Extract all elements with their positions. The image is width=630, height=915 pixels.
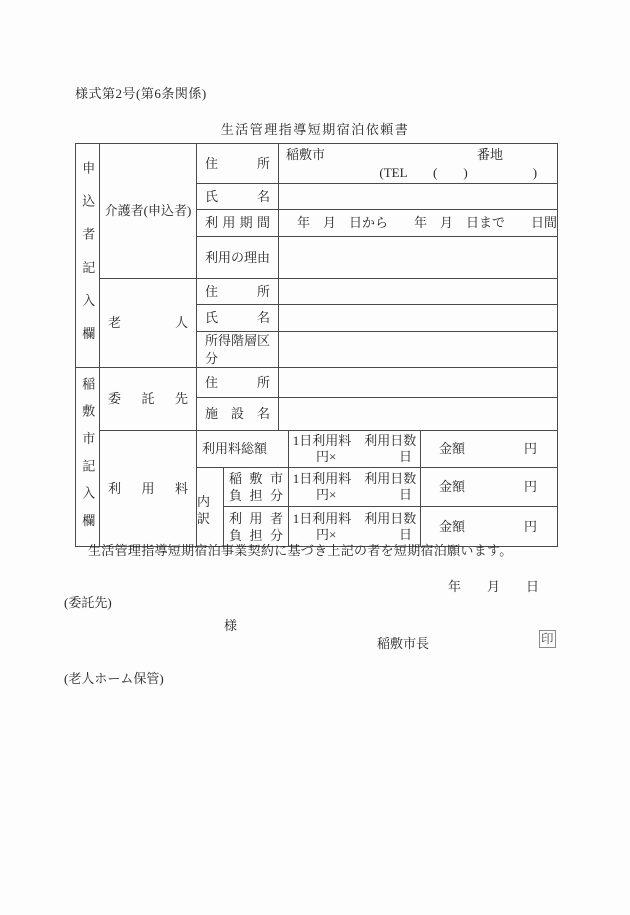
- fee-total-amount: 金額 円: [421, 440, 557, 458]
- facility-name-input-cell: [279, 398, 558, 431]
- amount-label: 金額: [439, 440, 465, 458]
- table-row: 申込者記入欄 介護者(申込者) 住所 稲敷市 番地 (TEL ( ) ): [76, 144, 558, 184]
- table-row: 利用料 利用料総額 1日利用料 利用日数 円× 日 金額 円: [76, 431, 558, 468]
- fee-breakdown-label: 内訳: [197, 468, 224, 547]
- city-share-label-line1: 稲敷市: [229, 470, 283, 487]
- fee-group-label: 利用料: [100, 431, 197, 547]
- yen-label: 円: [524, 478, 537, 496]
- elder-group-label: 老人: [100, 279, 197, 368]
- section-header-city: 稲敷市記入欄: [76, 368, 100, 547]
- fee-total-amount-cell: 金額 円: [421, 431, 558, 468]
- city-share-amount-cell: 金額 円: [421, 468, 558, 507]
- consignee-note: (委託先): [64, 592, 112, 611]
- facility-name-label: 施設名: [197, 398, 279, 431]
- section-header-applicant: 申込者記入欄: [76, 144, 100, 368]
- caregiver-name-label: 氏名: [197, 184, 279, 210]
- date-line: 年 月 日: [448, 576, 539, 595]
- elder-address-input-cell: [279, 279, 558, 305]
- table-row: 稲敷市記入欄 委託先 住所: [76, 368, 558, 398]
- amount-label: 金額: [439, 518, 465, 536]
- form-page: 様式第2号(第6条関係) 生活管理指導短期宿泊依頼書 申込者記入欄 介護者(申込…: [0, 0, 630, 915]
- reason-input-cell: [279, 237, 558, 279]
- addressee-suffix: 様: [224, 615, 237, 634]
- section-header-city-label: 稲敷市記入欄: [79, 377, 97, 541]
- section-header-applicant-label: 申込者記入欄: [79, 161, 97, 360]
- seal-mark: 印: [539, 630, 556, 648]
- fee-breakdown-vertical-text: 内訳: [197, 493, 223, 528]
- table-row: 老人 住所: [76, 279, 558, 305]
- city-share-amount: 金額 円: [421, 478, 557, 496]
- city-share-label: 稲敷市 負担分: [224, 468, 289, 507]
- caregiver-address-label: 住所: [197, 144, 279, 184]
- income-bracket-label: 所得階層区分: [197, 332, 279, 368]
- consignee-address-input-cell: [279, 368, 558, 398]
- fee-total-calc-line: 円× 日: [289, 449, 420, 467]
- form-number: 様式第2号(第6条関係): [75, 83, 207, 102]
- yen-label: 円: [524, 440, 537, 458]
- user-share-calc-header: 1日利用料 利用日数: [289, 509, 420, 527]
- caregiver-name-input-cell: [279, 184, 558, 210]
- elder-name-label: 氏名: [197, 305, 279, 332]
- consignee-address-label: 住所: [197, 368, 279, 398]
- caregiver-address-line1: 稲敷市 番地: [279, 144, 557, 164]
- fee-total-label: 利用料総額: [197, 431, 289, 468]
- city-share-calc-cell: 1日利用料 利用日数 円× 日: [289, 468, 421, 507]
- address-city-prefix: 稲敷市: [286, 146, 325, 164]
- user-share-label-line1: 利用者: [229, 510, 283, 527]
- address-tel-line: (TEL ( ) ): [279, 164, 557, 184]
- yen-label: 円: [524, 518, 537, 536]
- caregiver-group-label: 介護者(申込者): [100, 144, 197, 279]
- income-bracket-input-cell: [279, 332, 558, 368]
- request-form-table: 申込者記入欄 介護者(申込者) 住所 稲敷市 番地 (TEL ( ) ) 氏名 …: [75, 143, 558, 547]
- reason-label: 利用の理由: [197, 237, 279, 279]
- consignee-group-label: 委託先: [100, 368, 197, 431]
- mayor-signature: 稲敷市長: [377, 633, 429, 652]
- city-share-calc-header: 1日利用料 利用日数: [289, 469, 420, 487]
- fee-total-days: 日: [399, 449, 412, 465]
- elder-address-label: 住所: [197, 279, 279, 305]
- city-share-calc-line: 円× 日: [289, 487, 420, 505]
- elder-name-input-cell: [279, 305, 558, 332]
- storage-note: (老人ホーム保管): [64, 668, 164, 687]
- amount-label: 金額: [439, 478, 465, 496]
- city-share-days: 日: [399, 487, 412, 503]
- fee-total-unit: 円×: [316, 449, 336, 465]
- city-share-unit: 円×: [316, 487, 336, 503]
- address-banchi-suffix: 番地: [477, 146, 503, 164]
- fee-total-calc-cell: 1日利用料 利用日数 円× 日: [289, 431, 421, 468]
- contract-note: 生活管理指導短期宿泊事業契約に基づき上記の者を短期宿泊願います。: [88, 540, 513, 559]
- caregiver-address-input-cell: 稲敷市 番地 (TEL ( ) ): [279, 144, 558, 184]
- period-input-cell: 年 月 日から 年 月 日まで 日間: [279, 210, 558, 237]
- city-share-label-line2: 負担分: [229, 487, 283, 504]
- period-label: 利用期間: [197, 210, 279, 237]
- fee-total-calc-header: 1日利用料 利用日数: [289, 431, 420, 449]
- user-share-amount: 金額 円: [421, 518, 557, 536]
- page-title: 生活管理指導短期宿泊依頼書: [0, 119, 630, 138]
